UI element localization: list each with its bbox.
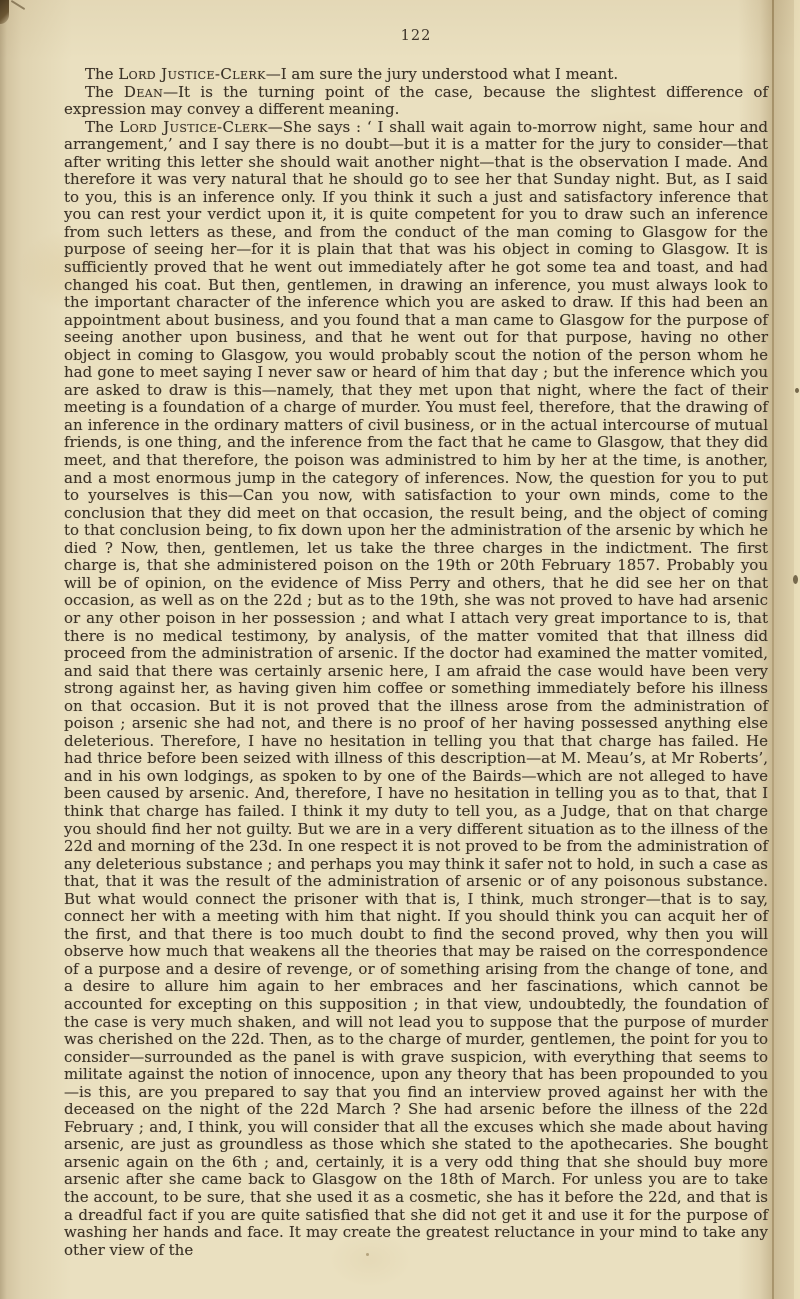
page-corner-mark (0, 0, 9, 24)
ink-speck (793, 575, 798, 584)
book-page-scan: 122 The Lord Justice-Clerk—I am sure the… (0, 0, 800, 1299)
paragraph: The Dean—It is the turning point of the … (64, 84, 768, 119)
speaker-name: Lord Justice-Clerk (119, 118, 267, 136)
page-edge (794, 0, 800, 1299)
paragraph-text: —She says : ‘ I shall wait again to-morr… (64, 118, 768, 1259)
speaker-prefix: The (85, 118, 119, 136)
paragraph-text: —It is the turning point of the case, be… (64, 83, 768, 119)
speaker-prefix: The (85, 65, 118, 83)
speaker-name: Dean (124, 83, 163, 101)
scratch-mark (11, 0, 26, 10)
paragraph: The Lord Justice-Clerk—I am sure the jur… (64, 66, 768, 84)
ink-speck (795, 388, 799, 393)
paragraph-text: —I am sure the jury understood what I me… (266, 65, 618, 83)
page-crease (772, 0, 774, 1299)
page-number: 122 (64, 28, 768, 44)
page-text: The Lord Justice-Clerk—I am sure the jur… (64, 66, 768, 1259)
speaker-prefix: The (85, 83, 124, 101)
speaker-name: Lord Justice-Clerk (118, 65, 265, 83)
paragraph: The Lord Justice-Clerk—She says : ‘ I sh… (64, 119, 768, 1260)
